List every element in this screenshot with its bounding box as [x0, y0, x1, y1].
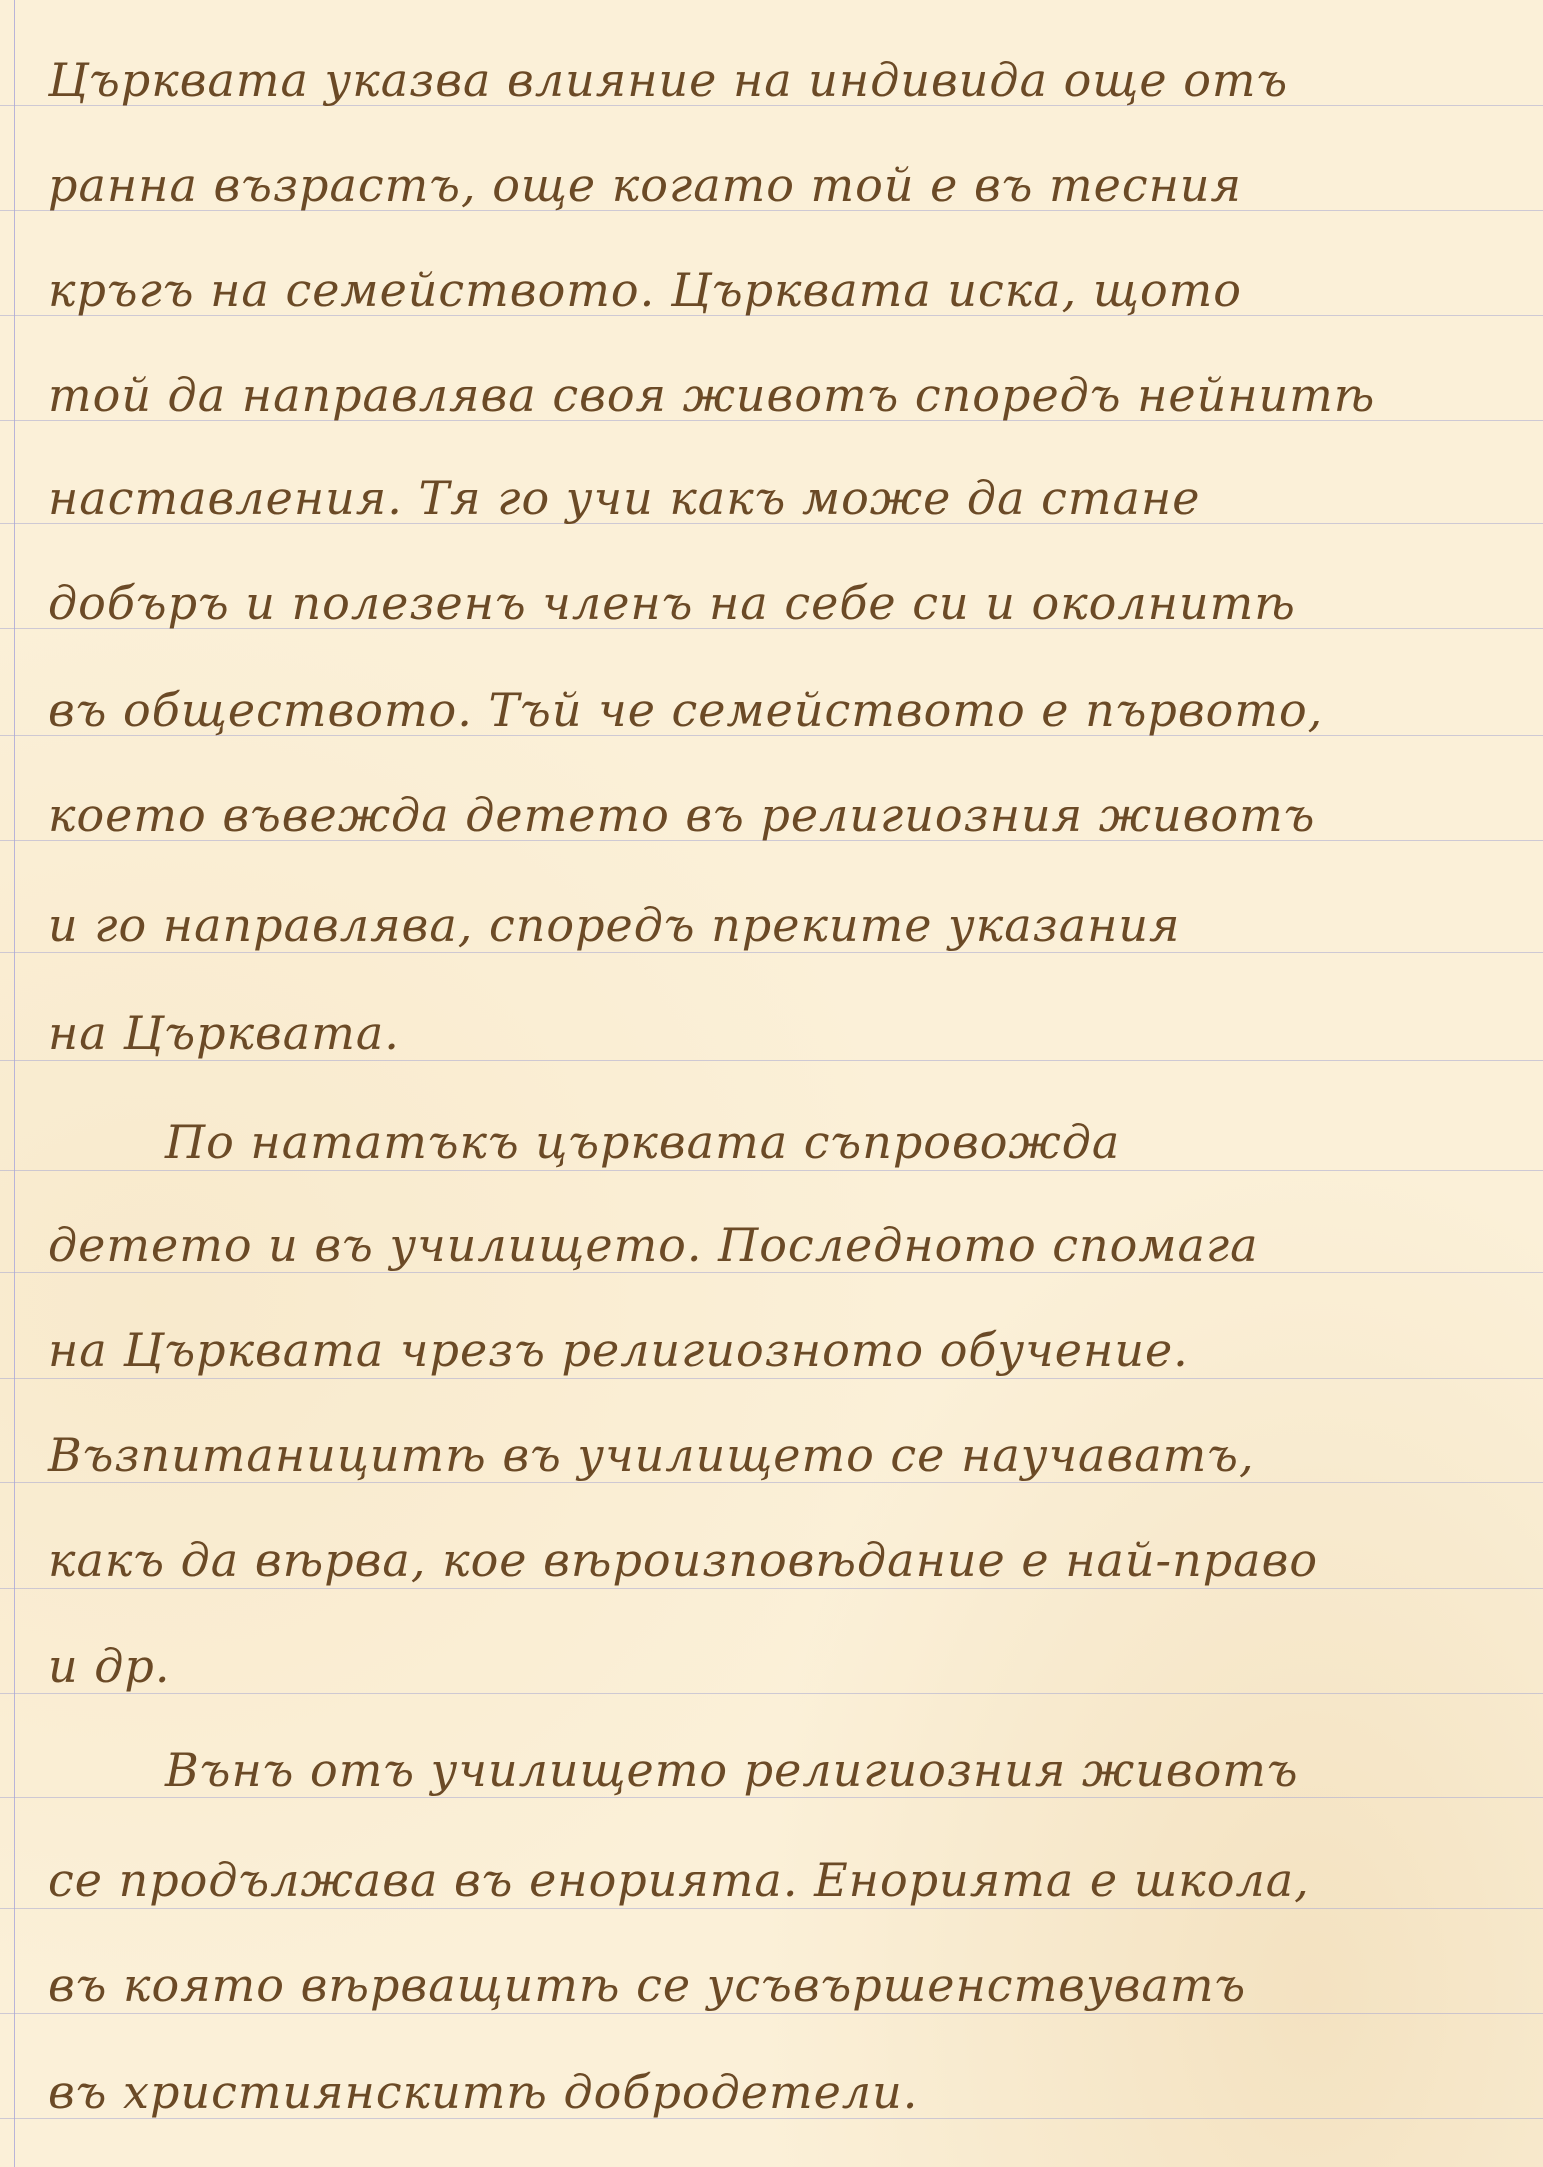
handwritten-line: Църквата указва влияние на индивида още … [48, 50, 1513, 110]
handwritten-line: Възпитаницитѣ въ училището се научаватъ, [48, 1425, 1513, 1485]
handwritten-line: въ която вѣрващитѣ се усъвършенствуватъ [48, 1955, 1513, 2015]
handwritten-line: детето и въ училището. Последното спомаг… [48, 1215, 1513, 1275]
paragraph-start-line: Вънъ отъ училището религиозния животъ [165, 1740, 1513, 1800]
handwritten-line: и го направлява, споредъ преките указани… [48, 895, 1513, 955]
handwritten-line: добъръ и полезенъ членъ на себе си и око… [48, 573, 1513, 633]
handwritten-line: какъ да вѣрва, кое вѣроизповѣдание е най… [48, 1530, 1513, 1590]
manuscript-page: Църквата указва влияние на индивида още … [0, 0, 1543, 2167]
margin-line [14, 0, 15, 2167]
handwritten-line: което въвежда детето въ религиозния живо… [48, 785, 1513, 845]
handwritten-line: на Църквата чрезъ религиозното обучение. [48, 1320, 1513, 1380]
handwritten-line: той да направлява своя животъ споредъ не… [48, 365, 1513, 425]
handwritten-line: въ християнскитѣ добродетели. [48, 2062, 1513, 2122]
handwritten-line: въ обществото. Тъй че семейството е първ… [48, 680, 1513, 740]
handwritten-line: ранна възрастъ, още когато той е въ тесн… [48, 155, 1513, 215]
handwritten-line: се продължава въ енорията. Енорията е шк… [48, 1850, 1513, 1910]
handwritten-line: наставления. Тя го учи какъ може да стан… [48, 468, 1513, 528]
handwritten-line: кръгъ на семейството. Църквата иска, щот… [48, 260, 1513, 320]
handwritten-line: и др. [48, 1636, 1513, 1696]
handwritten-line: на Църквата. [48, 1003, 1513, 1063]
paragraph-start-line: По нататъкъ църквата съпровожда [165, 1112, 1513, 1172]
